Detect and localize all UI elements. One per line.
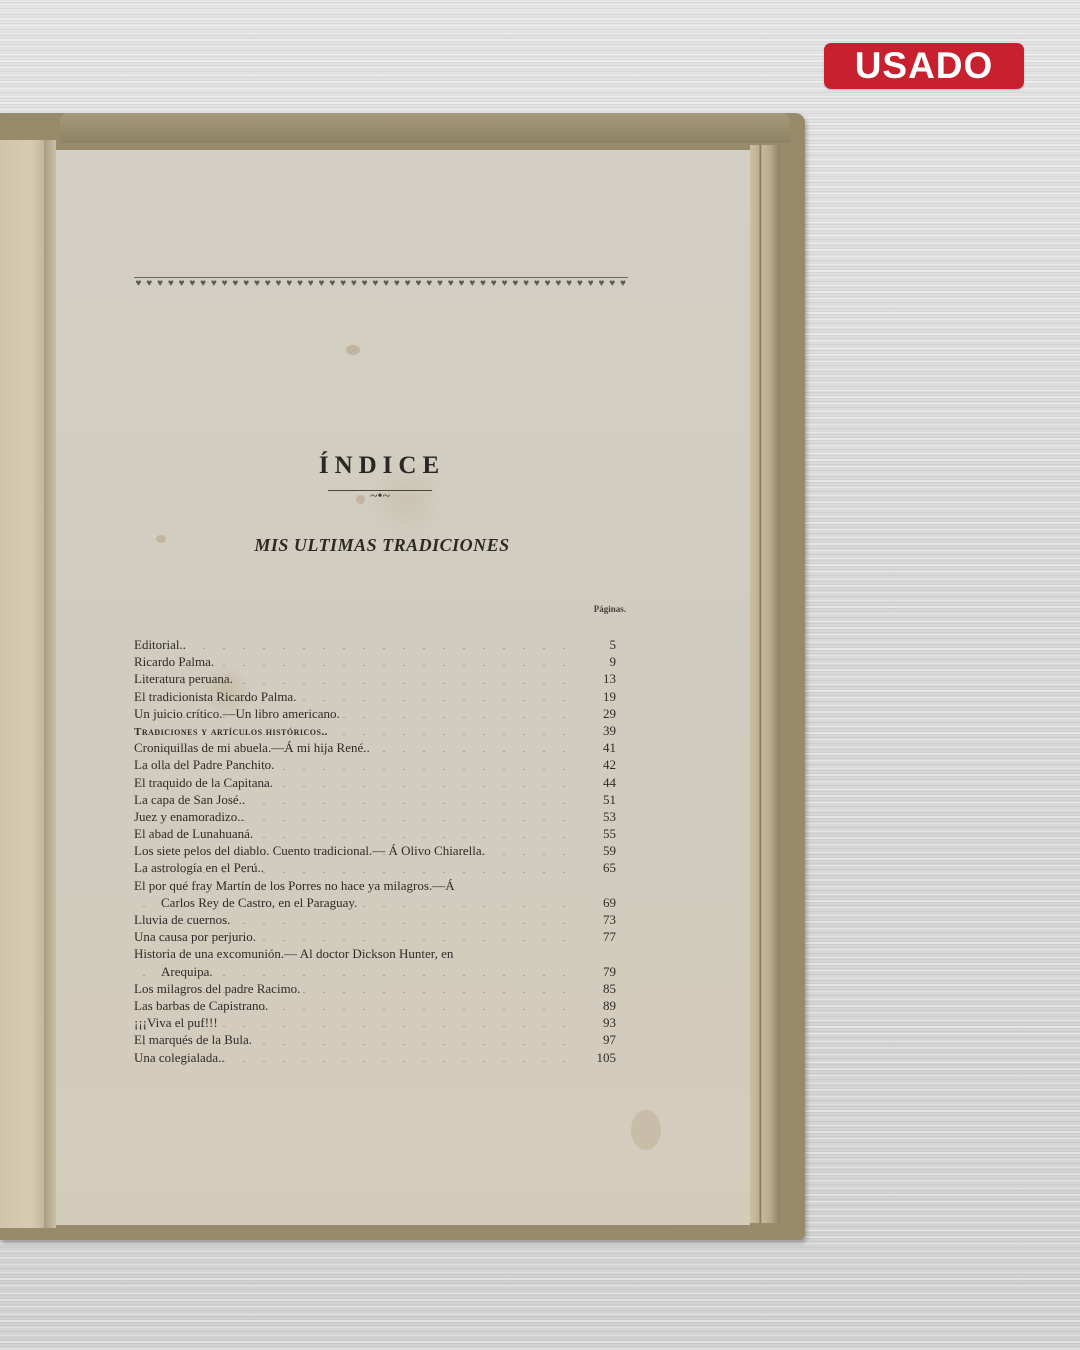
toc-entry-page: 41 bbox=[603, 739, 616, 756]
ornament-leaf-icon: ♥ bbox=[371, 279, 380, 289]
toc-entry-title: Ricardo Palma. bbox=[134, 654, 214, 669]
toc-entry-page: 39 bbox=[603, 722, 616, 739]
toc-entry-title: El por qué fray Martín de los Porres no … bbox=[134, 878, 455, 893]
foxing-stain bbox=[346, 345, 360, 355]
ornament-leaf-icon: ♥ bbox=[328, 279, 337, 289]
toc-entry-title: Tradiciones y artículos históricos.. bbox=[134, 726, 328, 738]
foxing-stain bbox=[631, 1110, 661, 1150]
toc-entry: Una colegialada..105 bbox=[134, 1049, 616, 1066]
ornament-leaf-icon: ♥ bbox=[522, 279, 531, 289]
book-cover-top-edge bbox=[60, 113, 790, 143]
toc-entry: Croniquillas de mi abuela.—Á mi hija Ren… bbox=[134, 739, 616, 756]
toc-entry-page: 51 bbox=[603, 791, 616, 808]
toc-entry-page: 65 bbox=[603, 859, 616, 876]
ornament-leaf-icon: ♥ bbox=[500, 279, 509, 289]
ornament-leaf-icon: ♥ bbox=[177, 279, 186, 289]
ornament-leaf-icon: ♥ bbox=[446, 279, 455, 289]
ornament-leaf-icon: ♥ bbox=[425, 279, 434, 289]
toc-entry-title: Croniquillas de mi abuela.—Á mi hija Ren… bbox=[134, 740, 370, 755]
left-page-edge bbox=[0, 140, 50, 1228]
ornament-leaf-icon: ♥ bbox=[489, 279, 498, 289]
toc-entry: Los milagros del padre Racimo.85 bbox=[134, 980, 616, 997]
toc-entry-title: Lluvia de cuernos. bbox=[134, 912, 230, 927]
section-subtitle: MIS ULTIMAS TRADICIONES bbox=[0, 535, 764, 556]
ornament-leaf-icon: ♥ bbox=[242, 279, 251, 289]
pages-column-header: Páginas. bbox=[560, 604, 626, 614]
toc-entry: Los siete pelos del diablo. Cuento tradi… bbox=[134, 842, 616, 859]
ornament-leaf-icon: ♥ bbox=[543, 279, 552, 289]
toc-entry-page: 53 bbox=[603, 808, 616, 825]
toc-entry-title: Una causa por perjurio. bbox=[134, 929, 256, 944]
toc-entry-page: 85 bbox=[603, 980, 616, 997]
toc-entry-page: 89 bbox=[603, 997, 616, 1014]
toc-entry-title: El abad de Lunahuaná. bbox=[134, 826, 253, 841]
toc-entry: Ricardo Palma.9 bbox=[134, 653, 616, 670]
toc-entry: El marqués de la Bula.97 bbox=[134, 1031, 616, 1048]
ornament-leaf-icon: ♥ bbox=[597, 279, 606, 289]
ornament-leaf-icon: ♥ bbox=[274, 279, 283, 289]
toc-entry-page: 29 bbox=[603, 705, 616, 722]
ornament-leaf-icon: ♥ bbox=[199, 279, 208, 289]
page-stack-edge bbox=[750, 145, 780, 1223]
ornament-leaf-icon: ♥ bbox=[134, 279, 143, 289]
toc-entry-page: 9 bbox=[610, 653, 617, 670]
ornament-leaf-icon: ♥ bbox=[382, 279, 391, 289]
ornament-leaf-icon: ♥ bbox=[252, 279, 261, 289]
ornament-leaf-icon: ♥ bbox=[360, 279, 369, 289]
toc-entry: Historia de una excomunión.— Al doctor D… bbox=[134, 945, 616, 962]
toc-entry: Carlos Rey de Castro, en el Paraguay.69 bbox=[134, 894, 616, 911]
decorative-border: ♥♥♥♥♥♥♥♥♥♥♥♥♥♥♥♥♥♥♥♥♥♥♥♥♥♥♥♥♥♥♥♥♥♥♥♥♥♥♥♥… bbox=[134, 277, 628, 290]
toc-entry: Un juicio crítico.—Un libro americano.29 bbox=[134, 705, 616, 722]
ornament-leaf-icon: ♥ bbox=[231, 279, 240, 289]
toc-entry: El por qué fray Martín de los Porres no … bbox=[134, 877, 616, 894]
toc-entry-page: 77 bbox=[603, 928, 616, 945]
toc-entry-page: 13 bbox=[603, 670, 616, 687]
toc-entry-title: ¡¡¡Viva el puf!!! bbox=[134, 1015, 218, 1030]
toc-entry-title: El traquido de la Capitana. bbox=[134, 775, 273, 790]
toc-entry-title: Los milagros del padre Racimo. bbox=[134, 981, 300, 996]
toc-entry-page: 73 bbox=[603, 911, 616, 928]
ornament-leaf-icon: ♥ bbox=[618, 279, 627, 289]
toc-entry-page: 42 bbox=[603, 756, 616, 773]
ornament-leaf-icon: ♥ bbox=[339, 279, 348, 289]
ornament-leaf-icon: ♥ bbox=[435, 279, 444, 289]
ornament-leaf-icon: ♥ bbox=[306, 279, 315, 289]
toc-entry-title: El marqués de la Bula. bbox=[134, 1032, 252, 1047]
page-title: ÍNDICE bbox=[0, 452, 764, 480]
ornament-leaf-icon: ♥ bbox=[166, 279, 175, 289]
ornament-leaf-icon: ♥ bbox=[468, 279, 477, 289]
ornament-leaf-icon: ♥ bbox=[608, 279, 617, 289]
ornament-leaf-icon: ♥ bbox=[414, 279, 423, 289]
toc-entry-title: La astrología en el Perú.. bbox=[134, 860, 264, 875]
toc-entry-page: 69 bbox=[603, 894, 616, 911]
toc-entry-title: Un juicio crítico.—Un libro americano. bbox=[134, 706, 340, 721]
ornament-leaf-icon: ♥ bbox=[285, 279, 294, 289]
ornament-leaf-icon: ♥ bbox=[586, 279, 595, 289]
toc-entry-page: 93 bbox=[603, 1014, 616, 1031]
ornament-leaf-icon: ♥ bbox=[403, 279, 412, 289]
toc-entry: La capa de San José..51 bbox=[134, 791, 616, 808]
toc-entry-title: Editorial.. bbox=[134, 637, 186, 652]
toc-entry-page: 44 bbox=[603, 774, 616, 791]
ornament-leaf-icon: ♥ bbox=[575, 279, 584, 289]
toc-entry-title: Literatura peruana. bbox=[134, 671, 233, 686]
ornament-leaf-icon: ♥ bbox=[209, 279, 218, 289]
flourish-ornament-icon: ~•~ bbox=[328, 490, 432, 505]
toc-entry-page: 5 bbox=[610, 636, 617, 653]
ornament-leaf-icon: ♥ bbox=[145, 279, 154, 289]
toc-entry-title: Las barbas de Capistrano. bbox=[134, 998, 268, 1013]
toc-entry-title: Carlos Rey de Castro, en el Paraguay. bbox=[161, 895, 357, 910]
toc-entry-title: Arequipa. bbox=[161, 964, 213, 979]
ornament-leaf-icon: ♥ bbox=[511, 279, 520, 289]
toc-entry-page: 97 bbox=[603, 1031, 616, 1048]
toc-entry-title: La olla del Padre Panchito. bbox=[134, 757, 274, 772]
toc-entry-page: 55 bbox=[603, 825, 616, 842]
ornament-leaf-icon: ♥ bbox=[220, 279, 229, 289]
ornament-leaf-icon: ♥ bbox=[565, 279, 574, 289]
toc-entry: El abad de Lunahuaná.55 bbox=[134, 825, 616, 842]
toc-entry-title: El tradicionista Ricardo Palma. bbox=[134, 689, 296, 704]
toc-entry-page: 59 bbox=[603, 842, 616, 859]
toc-entry: La astrología en el Perú..65 bbox=[134, 859, 616, 876]
toc-entry: El tradicionista Ricardo Palma.19 bbox=[134, 688, 616, 705]
ornament-leaf-icon: ♥ bbox=[532, 279, 541, 289]
ornament-leaf-icon: ♥ bbox=[479, 279, 488, 289]
toc-entry: Juez y enamoradizo..53 bbox=[134, 808, 616, 825]
toc-entry-title: Una colegialada.. bbox=[134, 1050, 225, 1065]
toc-entry-page: 79 bbox=[603, 963, 616, 980]
toc-entry: Una causa por perjurio.77 bbox=[134, 928, 616, 945]
ornament-leaf-icon: ♥ bbox=[156, 279, 165, 289]
toc-entry: Tradiciones y artículos históricos..39 bbox=[134, 722, 616, 739]
toc-entry: Editorial..5 bbox=[134, 636, 616, 653]
toc-entry-page: 19 bbox=[603, 688, 616, 705]
toc-entry: Literatura peruana.13 bbox=[134, 670, 616, 687]
toc-entry-title: Historia de una excomunión.— Al doctor D… bbox=[134, 946, 453, 961]
toc-entry: El traquido de la Capitana.44 bbox=[134, 774, 616, 791]
toc-entry: Arequipa.79 bbox=[134, 963, 616, 980]
ornament-leaf-icon: ♥ bbox=[349, 279, 358, 289]
table-of-contents: Editorial..5Ricardo Palma.9Literatura pe… bbox=[134, 636, 616, 1066]
toc-entry: La olla del Padre Panchito.42 bbox=[134, 756, 616, 773]
ornament-leaf-icon: ♥ bbox=[317, 279, 326, 289]
condition-badge: USADO bbox=[824, 43, 1024, 89]
ornament-leaf-icon: ♥ bbox=[295, 279, 304, 289]
ornament-leaf-icon: ♥ bbox=[263, 279, 272, 289]
toc-entry: ¡¡¡Viva el puf!!!93 bbox=[134, 1014, 616, 1031]
ornament-leaf-icon: ♥ bbox=[457, 279, 466, 289]
toc-entry: Lluvia de cuernos.73 bbox=[134, 911, 616, 928]
dot-leader bbox=[134, 648, 576, 649]
ornament-leaf-icon: ♥ bbox=[554, 279, 563, 289]
toc-entry-title: Los siete pelos del diablo. Cuento tradi… bbox=[134, 843, 485, 858]
ornament-leaf-icon: ♥ bbox=[188, 279, 197, 289]
toc-entry: Las barbas de Capistrano.89 bbox=[134, 997, 616, 1014]
book-gutter bbox=[44, 140, 56, 1228]
ornament-leaf-icon: ♥ bbox=[392, 279, 401, 289]
toc-entry-title: La capa de San José.. bbox=[134, 792, 245, 807]
toc-entry-page: 105 bbox=[597, 1049, 617, 1066]
toc-entry-title: Juez y enamoradizo.. bbox=[134, 809, 244, 824]
